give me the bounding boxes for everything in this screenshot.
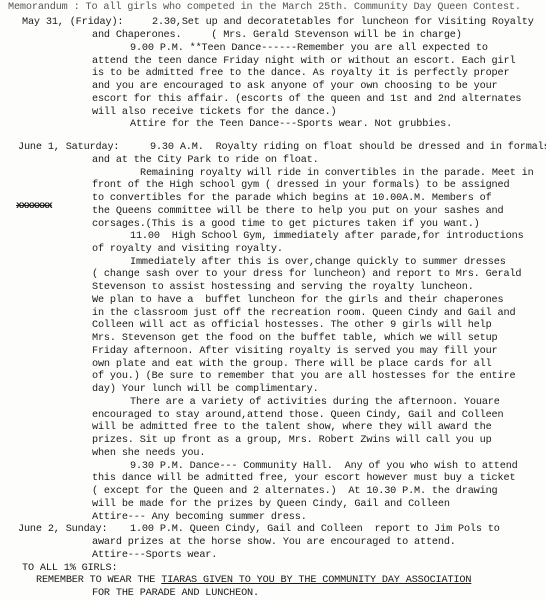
june1-line: Mrs. Stevenson get the food on the buffe…	[92, 333, 498, 346]
june1-line: ( except for the Queen and 2 alternates.…	[92, 486, 498, 499]
june1-line: prizes. Sit up front as a group, Mrs. Ro…	[92, 435, 492, 448]
june1-line: in the classroom just off the recreation…	[92, 308, 515, 321]
june1-line: front of the High school gym ( dressed i…	[92, 180, 509, 193]
may31-line: will also receive tickets for the dance.…	[92, 107, 337, 120]
struck-out-margin-note: xxxxxxx	[16, 201, 52, 214]
june2-line: award prizes at the horse show. You are …	[92, 537, 456, 550]
june1-line: corsages.(This is a good time to get pic…	[92, 219, 480, 232]
may31-line: 9.00 P.M. **Teen Dance------Remember you…	[130, 43, 488, 56]
date-may-31: May 31, (Friday):	[22, 17, 123, 30]
may31-line: attend the teen dance Friday night with …	[92, 56, 515, 69]
june1-line: Remaining royalty will ride in convertib…	[140, 168, 534, 181]
june1-line: ( change sash over to your dress for lun…	[92, 269, 521, 282]
may31-line: and Chaperones. ( Mrs. Gerald Stevenson …	[92, 30, 462, 43]
june1-line: We plan to have a buffet luncheon for th…	[92, 295, 503, 308]
may31-line: 2.30,Set up and decoratetables for lunch…	[152, 17, 534, 30]
footer-title: TO ALL 1% GIRLS:	[22, 563, 117, 576]
june1-line: Immediately after this is over,change qu…	[130, 257, 506, 270]
may31-line: and you are encouraged to ask anyone of …	[92, 81, 498, 94]
june1-line: There are a variety of activities during…	[130, 397, 500, 410]
june1-line: will be admitted free to the talent show…	[92, 422, 492, 435]
june1-line: when she needs you.	[92, 448, 205, 461]
june1-line: Stevenson to assist hostessing and servi…	[92, 282, 474, 295]
june1-line: of royalty and visiting royalty.	[92, 244, 283, 257]
date-june-1: June 1, Saturday:	[18, 142, 119, 155]
june1-line: day) Your lunch will be complimentary.	[92, 384, 319, 397]
footer-line: FOR THE PARADE AND LUNCHEON.	[92, 588, 259, 600]
june1-line: this dance will be admitted free, your e…	[92, 473, 515, 486]
june1-line: 11.00 High School Gym, immediately after…	[130, 231, 524, 244]
june1-line: Colleen will act as official hostesses. …	[92, 320, 492, 333]
typewritten-memo: Memorandum : To all girls who competed i…	[0, 0, 546, 600]
june2-line: Attire---Sports wear.	[92, 550, 217, 563]
june2-line: 1.00 P.M. Queen Cindy, Gail and Colleen …	[130, 524, 500, 537]
footer-line-underlined: TIARAS GIVEN TO YOU BY THE COMMUNITY DAY…	[161, 575, 471, 586]
may31-line: is to be admitted free to the dance. As …	[92, 68, 509, 81]
date-june-2: June 2, Sunday:	[18, 524, 107, 537]
june1-line: encouraged to stay around,attend those. …	[92, 410, 503, 423]
may31-line: escort for this affair. (escorts of the …	[92, 94, 521, 107]
june1-line: and at the City Park to ride on float.	[92, 155, 319, 168]
footer-line-a: REMEMBER TO WEAR THE	[36, 575, 161, 586]
june1-line: Attire--- Any becoming summer dress.	[92, 512, 307, 525]
june1-line: own plate and eat with the group. There …	[92, 359, 492, 372]
may31-line: Attire for the Teen Dance---Sports wear.…	[130, 119, 452, 132]
june1-line: of you.) (Be sure to remember that you a…	[92, 371, 515, 384]
june1-line: 9.30 P.M. Dance--- Community Hall. Any o…	[130, 461, 518, 474]
june1-line: Friday afternoon. After visiting royalty…	[92, 346, 498, 359]
footer-line: REMEMBER TO WEAR THE TIARAS GIVEN TO YOU…	[36, 575, 471, 588]
june1-line: will be made for the prizes by Queen Cin…	[92, 499, 450, 512]
june1-line: 9.30 A.M. Royalty riding on float should…	[150, 142, 546, 155]
june1-line: to convertibles for the parade which beg…	[92, 193, 492, 206]
memo-heading: Memorandum : To all girls who competed i…	[8, 2, 521, 15]
june1-line: the Queens committee will be there to he…	[92, 206, 503, 219]
